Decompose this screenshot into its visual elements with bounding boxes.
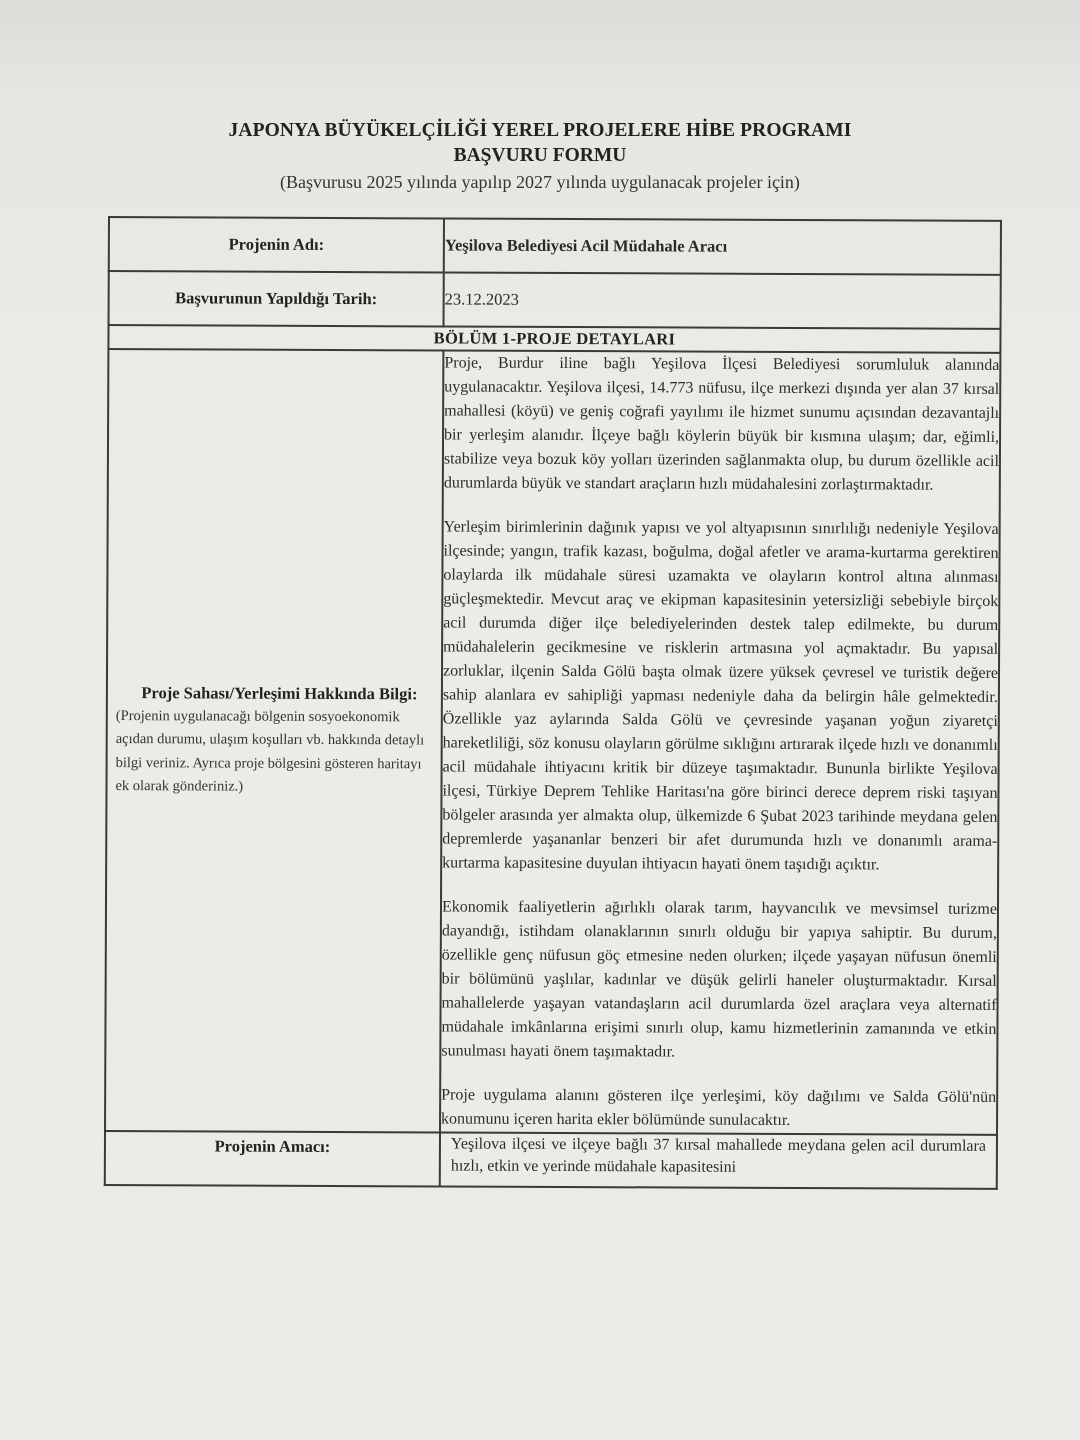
site-info-hint: (Projenin uygulanacağı bölgenin sosyoeko… bbox=[115, 705, 432, 800]
site-info-paragraph-3: Ekonomik faaliyetlerin ağırlıklı olarak … bbox=[441, 895, 997, 1065]
application-form-table: Projenin Adı: Yeşilova Belediyesi Acil M… bbox=[104, 216, 1002, 1190]
site-info-row: Proje Sahası/Yerleşimi Hakkında Bilgi: (… bbox=[105, 349, 1000, 1135]
project-goal-cell: Yeşilova ilçesi ve ilçeye bağlı 37 kırsa… bbox=[440, 1132, 997, 1188]
project-goal-row: Projenin Amacı: Yeşilova ilçesi ve ilçey… bbox=[105, 1131, 997, 1189]
site-info-label: Proje Sahası/Yerleşimi Hakkında Bilgi: bbox=[116, 682, 433, 705]
application-date-label: Başvurunun Yapıldığı Tarih: bbox=[109, 271, 444, 326]
site-info-content: Proje, Burdur iline bağlı Yeşilova İlçes… bbox=[440, 350, 1000, 1134]
document-header: JAPONYA BÜYÜKELÇİLİĞİ YEREL PROJELERE Hİ… bbox=[130, 118, 950, 195]
site-info-paragraph-4: Proje uygulama alanını gösteren ilçe yer… bbox=[441, 1083, 996, 1133]
application-date-row: Başvurunun Yapıldığı Tarih: 23.12.2023 bbox=[109, 271, 1001, 329]
project-name-row: Projenin Adı: Yeşilova Belediyesi Acil M… bbox=[109, 217, 1001, 275]
document-subtitle: BAŞVURU FORMU bbox=[130, 144, 950, 168]
site-info-paragraph-2: Yerleşim birimlerinin dağınık yapısı ve … bbox=[442, 515, 999, 877]
document-note: (Başvurusu 2025 yılında yapılıp 2027 yıl… bbox=[130, 169, 950, 195]
site-info-label-cell: Proje Sahası/Yerleşimi Hakkında Bilgi: (… bbox=[105, 349, 443, 1132]
project-goal-label: Projenin Amacı: bbox=[105, 1131, 440, 1186]
document-title: JAPONYA BÜYÜKELÇİLİĞİ YEREL PROJELERE Hİ… bbox=[130, 118, 950, 144]
application-date-value: 23.12.2023 bbox=[444, 272, 1001, 328]
project-name-label: Projenin Adı: bbox=[109, 217, 444, 272]
project-name-value: Yeşilova Belediyesi Acil Müdahale Aracı bbox=[444, 218, 1001, 274]
site-info-paragraph-1: Proje, Burdur iline bağlı Yeşilova İlçes… bbox=[444, 351, 1000, 497]
project-goal-value: Yeşilova ilçesi ve ilçeye bağlı 37 kırsa… bbox=[441, 1133, 996, 1183]
